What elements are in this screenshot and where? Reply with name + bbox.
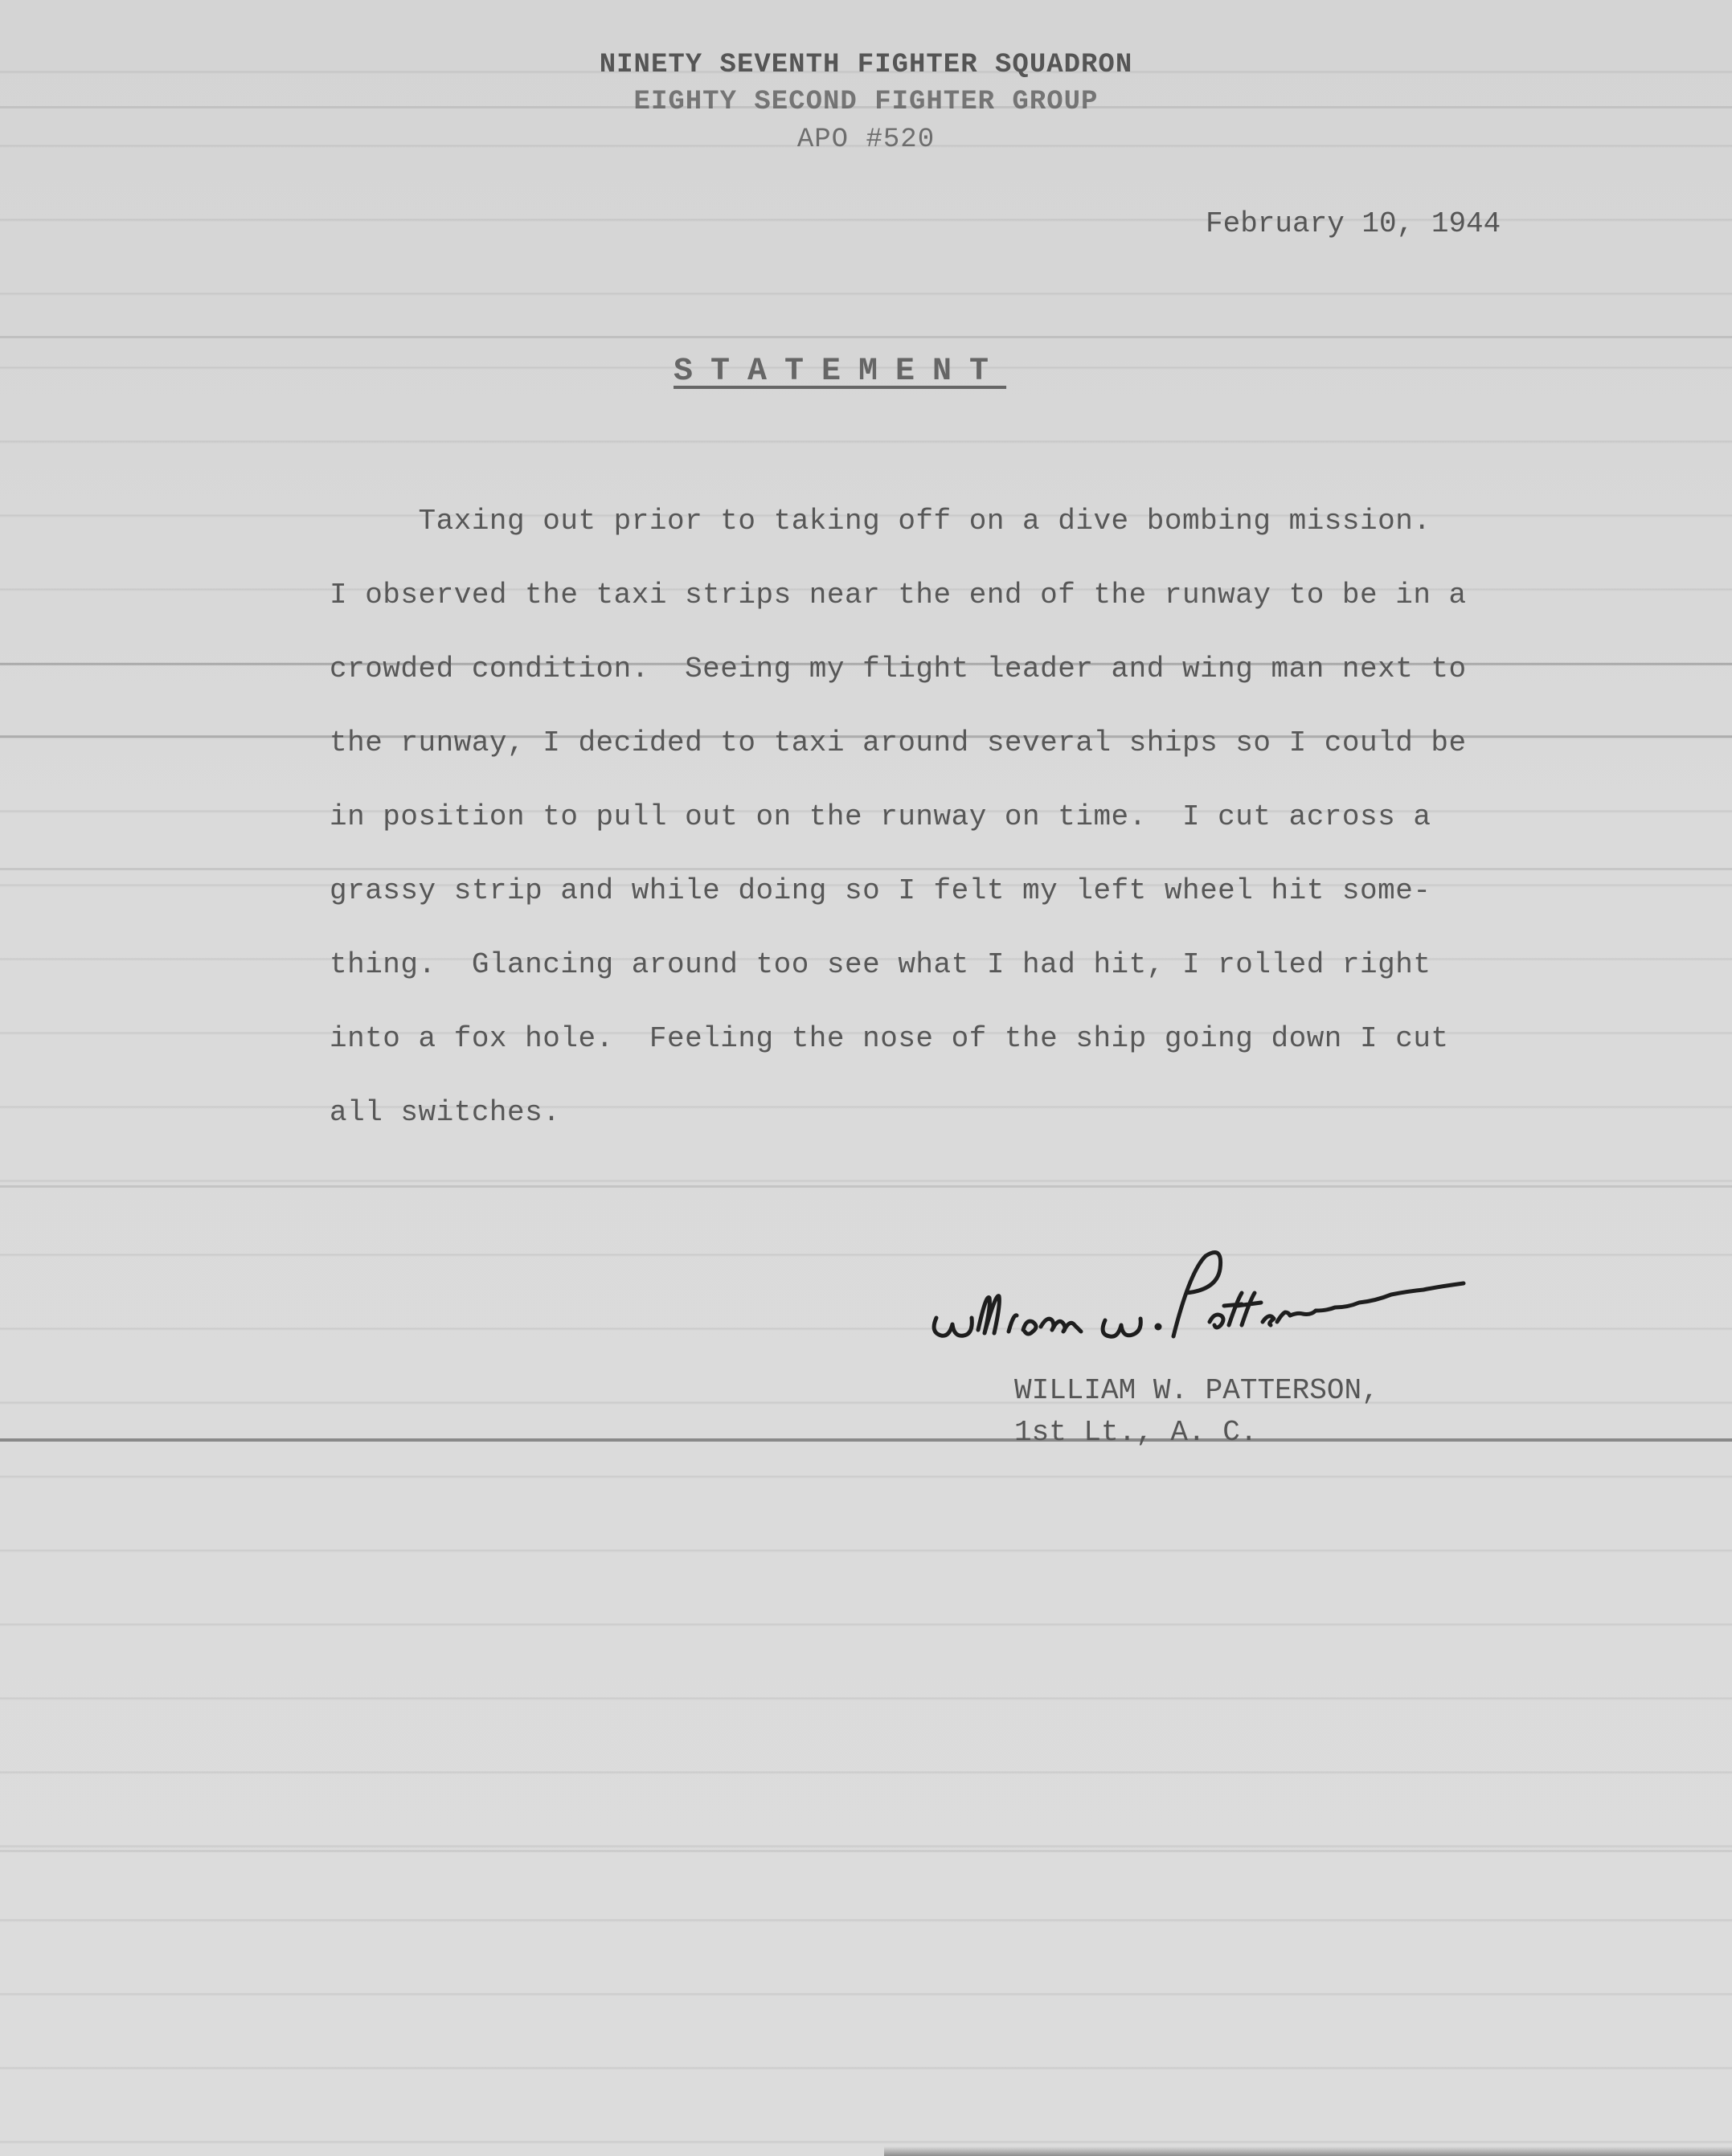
letterhead-squadron: NINETY SEVENTH FIGHTER SQUADRON — [0, 50, 1732, 80]
body-line: the runway, I decided to taxi around sev… — [330, 726, 1467, 759]
document-date: February 10, 1944 — [1206, 207, 1501, 240]
body-line: in position to pull out on the runway on… — [330, 800, 1431, 833]
paper-streak — [0, 336, 1732, 338]
document-title: STATEMENT — [674, 354, 1006, 390]
paper-rule — [0, 1438, 1732, 1442]
body-line: into a fox hole. Feeling the nose of the… — [330, 1022, 1449, 1055]
body-line: all switches. — [330, 1096, 560, 1129]
paper-streak — [0, 1185, 1732, 1188]
body-line: Taxing out prior to taking off on a dive… — [330, 505, 1431, 538]
handwritten-signature: William W. Patterson — [920, 1242, 1603, 1362]
paper-background — [0, 0, 1732, 2156]
body-line: thing. Glancing around too see what I ha… — [330, 948, 1431, 981]
typed-rank: 1st Lt., A. C. — [1014, 1416, 1257, 1449]
body-line: grassy strip and while doing so I felt m… — [330, 874, 1431, 907]
typed-name: WILLIAM W. PATTERSON, — [1014, 1374, 1379, 1407]
paper-bottom-edge — [884, 2146, 1732, 2156]
letterhead-group: EIGHTY SECOND FIGHTER GROUP — [0, 87, 1732, 117]
paper-streak — [0, 1850, 1732, 1852]
letterhead-apo: APO #520 — [0, 125, 1732, 155]
paper-streak — [0, 868, 1732, 870]
body-line: I observed the taxi strips near the end … — [330, 579, 1467, 612]
body-line: crowded condition. Seeing my flight lead… — [330, 653, 1467, 685]
